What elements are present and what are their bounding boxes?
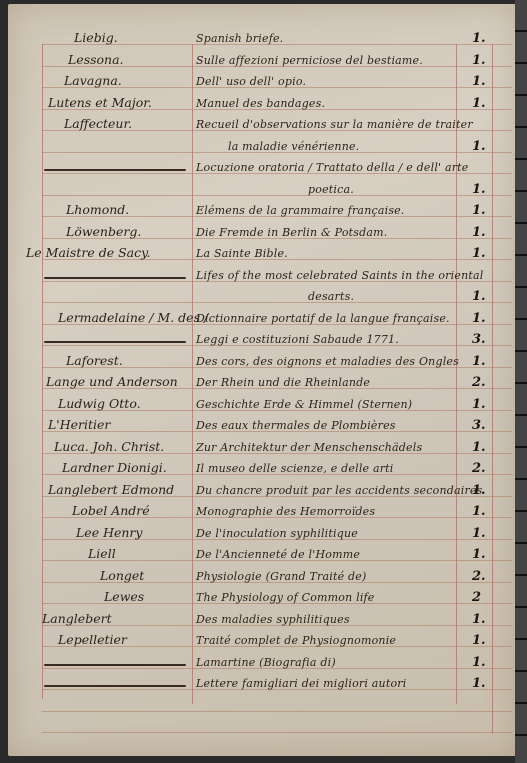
entry-author: Löwenberg. — [66, 224, 141, 239]
entry-title: De l'inoculation syphilitique — [196, 527, 358, 540]
entry-title: Elémens de la grammaire française. — [196, 204, 405, 217]
ruled-line — [42, 195, 512, 196]
scan-ruler-strip — [515, 0, 527, 763]
entry-title: Lamartine (Biografia di) — [196, 656, 336, 669]
entry-author: Luca. Joh. Christ. — [54, 439, 164, 454]
entry-author: Liebig. — [74, 30, 118, 45]
entry-author: Lepelletier — [58, 632, 127, 647]
entry-title: Geschichte Erde & Himmel (Sternen) — [196, 398, 412, 411]
ditto-dash — [44, 341, 186, 343]
entry-volume-count: 1. — [472, 504, 486, 519]
entry-volume-count: 1. — [472, 354, 486, 369]
entry-title: Spanish briefe. — [196, 32, 283, 45]
entry-title: Monographie des Hemorroïdes — [196, 505, 375, 518]
entry-author: Longet — [100, 568, 144, 583]
entry-volume-count: 1. — [472, 246, 486, 261]
ruled-line — [42, 711, 512, 712]
entry-author: Laffecteur. — [64, 116, 132, 131]
entry-author: Lobel André — [72, 503, 150, 518]
right-margin-rule — [492, 44, 493, 734]
ditto-dash — [44, 664, 186, 666]
entry-volume-count: 3. — [472, 332, 486, 347]
entry-volume-count: 1. — [472, 182, 486, 197]
entry-title: Die Fremde in Berlin & Potsdam. — [196, 226, 387, 239]
entry-title: Lettere famigliari dei migliori autori — [196, 677, 406, 690]
left-margin-rule — [42, 44, 43, 699]
entry-author: Lange und Anderson — [46, 374, 178, 389]
entry-volume-count: 2. — [472, 375, 486, 390]
entry-author: Laforest. — [66, 353, 123, 368]
entry-volume-count: 1. — [472, 440, 486, 455]
entry-volume-count: 1. — [472, 203, 486, 218]
entry-title: Dell' uso dell' opio. — [196, 75, 306, 88]
entry-title: Locuzione oratoria / Trattato della / e … — [196, 161, 469, 174]
entry-volume-count: 2. — [472, 569, 486, 584]
entry-volume-count: 1. — [472, 655, 486, 670]
entry-title: Du chancre produit par les accidents sec… — [196, 484, 482, 497]
author-title-divider — [192, 44, 193, 704]
entry-title-continuation: desarts. — [308, 290, 354, 303]
entry-title: Recueil d'observations sur la manière de… — [196, 118, 473, 131]
entry-title: La Sainte Bible. — [196, 247, 288, 260]
entry-title: Der Rhein und die Rheinlande — [196, 376, 370, 389]
ruled-line — [42, 732, 512, 733]
entry-title: Des eaux thermales de Plombières — [196, 419, 396, 432]
entry-title: Physiologie (Grand Traité de) — [196, 570, 366, 583]
entry-volume-count: 1. — [472, 225, 486, 240]
entry-volume-count: 2 — [472, 590, 481, 605]
entry-volume-count: 1. — [472, 397, 486, 412]
entry-title-continuation: la maladie vénérienne. — [228, 140, 359, 153]
ruled-line — [42, 302, 512, 303]
entry-author: Lutens et Major. — [48, 95, 152, 110]
entry-author: Langlebert — [42, 611, 112, 626]
entry-volume-count: 1. — [472, 74, 486, 89]
entry-title: Leggi e costituzioni Sabaude 1771. — [196, 333, 399, 346]
ditto-dash — [44, 169, 186, 171]
entry-author: Lee Henry — [76, 525, 142, 540]
entry-title: Lifes of the most celebrated Saints in t… — [196, 269, 483, 282]
entry-volume-count: 1. — [472, 53, 486, 68]
title-qty-divider — [456, 44, 457, 704]
entry-author: Lardner Dionigi. — [62, 460, 167, 475]
entry-title: De l'Ancienneté de l'Homme — [196, 548, 360, 561]
entry-author: Lessona. — [68, 52, 124, 67]
entry-author: Liell — [88, 546, 116, 561]
entry-title: Zur Architektur der Menschenschädels — [196, 441, 422, 454]
entry-title: Manuel des bandages. — [196, 97, 325, 110]
entry-author: Lewes — [104, 589, 144, 604]
entry-title: The Physiology of Common life — [196, 591, 375, 604]
entry-volume-count: 1. — [472, 633, 486, 648]
entry-volume-count: 1. — [472, 483, 486, 498]
entry-volume-count: 1. — [472, 612, 486, 627]
entry-title: Des cors, des oignons et maladies des On… — [196, 355, 459, 368]
entry-volume-count: 1. — [472, 547, 486, 562]
entry-volume-count: 1. — [472, 289, 486, 304]
entry-author: Lermadelaine / M. des / — [58, 310, 208, 325]
entry-title: Des maladies syphilitiques — [196, 613, 350, 626]
entry-volume-count: 2. — [472, 461, 486, 476]
entry-volume-count: 1. — [472, 526, 486, 541]
entry-volume-count: 1. — [472, 96, 486, 111]
entry-title: Traité complet de Physiognomonie — [196, 634, 396, 647]
ditto-dash — [44, 685, 186, 687]
entry-title: Sulle affezioni perniciose del bestiame. — [196, 54, 423, 67]
entry-author: Lhomond. — [66, 202, 129, 217]
entry-volume-count: 1. — [472, 311, 486, 326]
entry-volume-count: 1. — [472, 31, 486, 46]
entry-author: Lavagna. — [64, 73, 122, 88]
entry-author: Ludwig Otto. — [58, 396, 141, 411]
entry-author: Le Maistre de Sacy. — [26, 245, 150, 260]
entry-volume-count: 1. — [472, 139, 486, 154]
entry-title-continuation: poetica. — [308, 183, 354, 196]
entry-title: Il museo delle scienze, e delle arti — [196, 462, 394, 475]
entry-author: L'Heritier — [48, 417, 110, 432]
entry-title: Dictionnaire portatif de la langue franç… — [196, 312, 450, 325]
ditto-dash — [44, 277, 186, 279]
ledger-page: Liebig.Spanish briefe.1.Lessona.Sulle af… — [8, 4, 516, 756]
entry-volume-count: 1. — [472, 676, 486, 691]
entry-volume-count: 3. — [472, 418, 486, 433]
entry-author: Langlebert Edmond — [48, 482, 174, 497]
